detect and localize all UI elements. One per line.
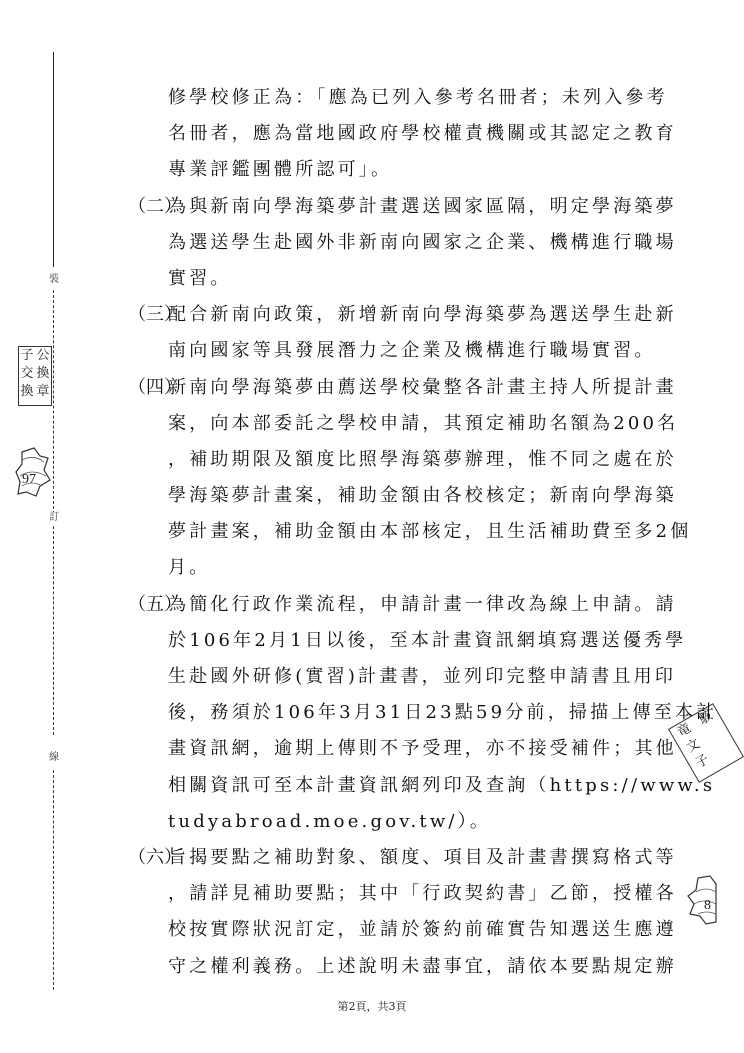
item-label: （三） [128,297,168,333]
text-line: 守之權利義務。上述說明未盡事宜，請依本要點規定辦 [128,949,668,985]
text-line: 實習。 [128,261,668,297]
stamp-char: 章 [35,383,51,401]
line-text: 為選送學生赴國外非新南向國家之企業、機構進行職場 [168,232,677,253]
text-line: 月。 [128,550,668,586]
stamp-char: 公 [35,347,51,365]
line-text: 旨揭要點之補助對象、額度、項目及計畫書撰寫格式等 [168,847,677,868]
text-line: ，請詳見補助要點；其中「行政契約書」乙節，授權各 [128,876,668,912]
line-text: 學海築夢計畫案，補助金額由各校核定；新南向學海築 [168,485,677,506]
text-line: ，補助期限及額度比照學海築夢辦理，惟不同之處在於 [128,442,668,478]
list-item-2: （二）為與新南向學海築夢計畫選送國家區隔，明定學海築夢 [128,189,668,225]
page-indicator: 第2頁，共3頁 [0,998,744,1014]
text-line: 修學校修正為：「應為已列入參考名冊者；未列入參考 [128,80,668,116]
line-text: 案，向本部委託之學校申請，其預定補助名額為200名 [168,413,678,434]
item-label: （四） [128,370,168,406]
line-text: 畫資訊網，逾期上傳則不予受理，亦不接受補件；其他 [168,738,677,759]
line-text: 生赴國外研修(實習)計畫書，並列印完整申請書且用印 [168,666,676,687]
line-text: 配合新南向政策，新增新南向學海築夢為選送學生赴新 [168,304,677,325]
stamp-char: 換 [19,383,35,401]
line-text: 為簡化行政作業流程，申請計畫一律改為線上申請。請 [168,594,677,615]
line-text: tudyabroad.moe.gov.tw/）。 [168,811,491,832]
line-text: 實習。 [168,268,232,289]
item-label: （二） [128,189,168,225]
text-line: 名冊者，應為當地國政府學校權責機關或其認定之教育 [128,116,668,152]
line-text: ，補助期限及額度比照學海築夢辦理，惟不同之處在於 [168,449,677,470]
line-text: 校按實際狀況訂定，並請於簽約前確實告知選送生應遵 [168,919,677,940]
text-line: 南向國家等具發展潛力之企業及機構進行職場實習。 [128,333,668,369]
list-item-3: （三）配合新南向政策，新增新南向學海築夢為選送學生赴新 [128,297,668,333]
stamp-char: 交 [19,365,35,383]
line-text: 於106年2月1日以後，至本計畫資訊網填寫選送優秀學 [168,630,686,651]
seal-number: 8 [704,898,711,914]
binding-label-ding: 訂 [47,512,61,524]
line-text: 修學校修正為：「應為已列入參考名冊者；未列入參考 [168,87,668,108]
exchange-stamp-left: 子 交 換 公 換 章 [18,346,52,406]
text-line: 畫資訊網，逾期上傳則不予受理，亦不接受補件；其他 [128,731,668,767]
text-line: 後，務須於106年3月31日23點59分前，掃描上傳至本計 [128,695,668,731]
text-line: tudyabroad.moe.gov.tw/）。 [128,804,668,840]
line-text: 新南向學海築夢由薦送學校彙整各計畫主持人所提計畫 [168,377,677,398]
text-line: 學海築夢計畫案，補助金額由各校核定；新南向學海築 [128,478,668,514]
stamp-char: 換 [35,365,51,383]
line-text: ，請詳見補助要點；其中「行政契約書」乙節，授權各 [168,883,677,904]
list-item-5: （五）為簡化行政作業流程，申請計畫一律改為線上申請。請 [128,587,668,623]
binding-line [53,52,54,267]
stamp-char: 子 [19,347,35,365]
line-text: 後，務須於106年3月31日23點59分前，掃描上傳至本計 [168,702,717,723]
list-item-4: （四）新南向學海築夢由薦送學校彙整各計畫主持人所提計畫 [128,370,668,406]
line-text: 名冊者，應為當地國政府學校權責機關或其認定之教育 [168,123,677,144]
line-text: 南向國家等具發展潛力之企業及機構進行職場實習。 [168,340,656,361]
document-body: 修學校修正為：「應為已列入參考名冊者；未列入參考 名冊者，應為當地國政府學校權責… [128,80,668,985]
text-line: 為選送學生赴國外非新南向國家之企業、機構進行職場 [128,225,668,261]
text-line: 相關資訊可至本計畫資訊網列印及查詢（https://www.s [128,768,668,804]
item-label: （五） [128,587,168,623]
line-text: 守之權利義務。上述說明未盡事宜，請依本要點規定辦 [168,956,677,977]
text-line: 案，向本部委託之學校申請，其預定補助名額為200名 [128,406,668,442]
binding-label-zhuang: 裝 [47,274,61,286]
line-text: 相關資訊可至本計畫資訊網列印及查詢（https://www.s [168,775,715,796]
binding-dashed-line [53,770,54,990]
text-line: 專業評鑑團體所認可」。 [128,152,668,188]
line-text: 夢計畫案，補助金額由本部核定，且生活補助費至多2個 [168,521,691,542]
line-text: 為與新南向學海築夢計畫選送國家區隔，明定學海築夢 [168,196,677,217]
item-label: （六） [128,840,168,876]
binding-label-xian: 線 [47,752,61,764]
text-line: 於106年2月1日以後，至本計畫資訊網填寫選送優秀學 [128,623,668,659]
line-text: 月。 [168,557,210,578]
text-line: 夢計畫案，補助金額由本部核定，且生活補助費至多2個 [128,514,668,550]
list-item-6: （六）旨揭要點之補助對象、額度、項目及計畫書撰寫格式等 [128,840,668,876]
line-text: 專業評鑑團體所認可」。 [168,159,392,180]
seal-number: 97 [22,472,36,488]
text-line: 生赴國外研修(實習)計畫書，並列印完整申請書且用印 [128,659,668,695]
text-line: 校按實際狀況訂定，並請於簽約前確實告知選送生應遵 [128,912,668,948]
